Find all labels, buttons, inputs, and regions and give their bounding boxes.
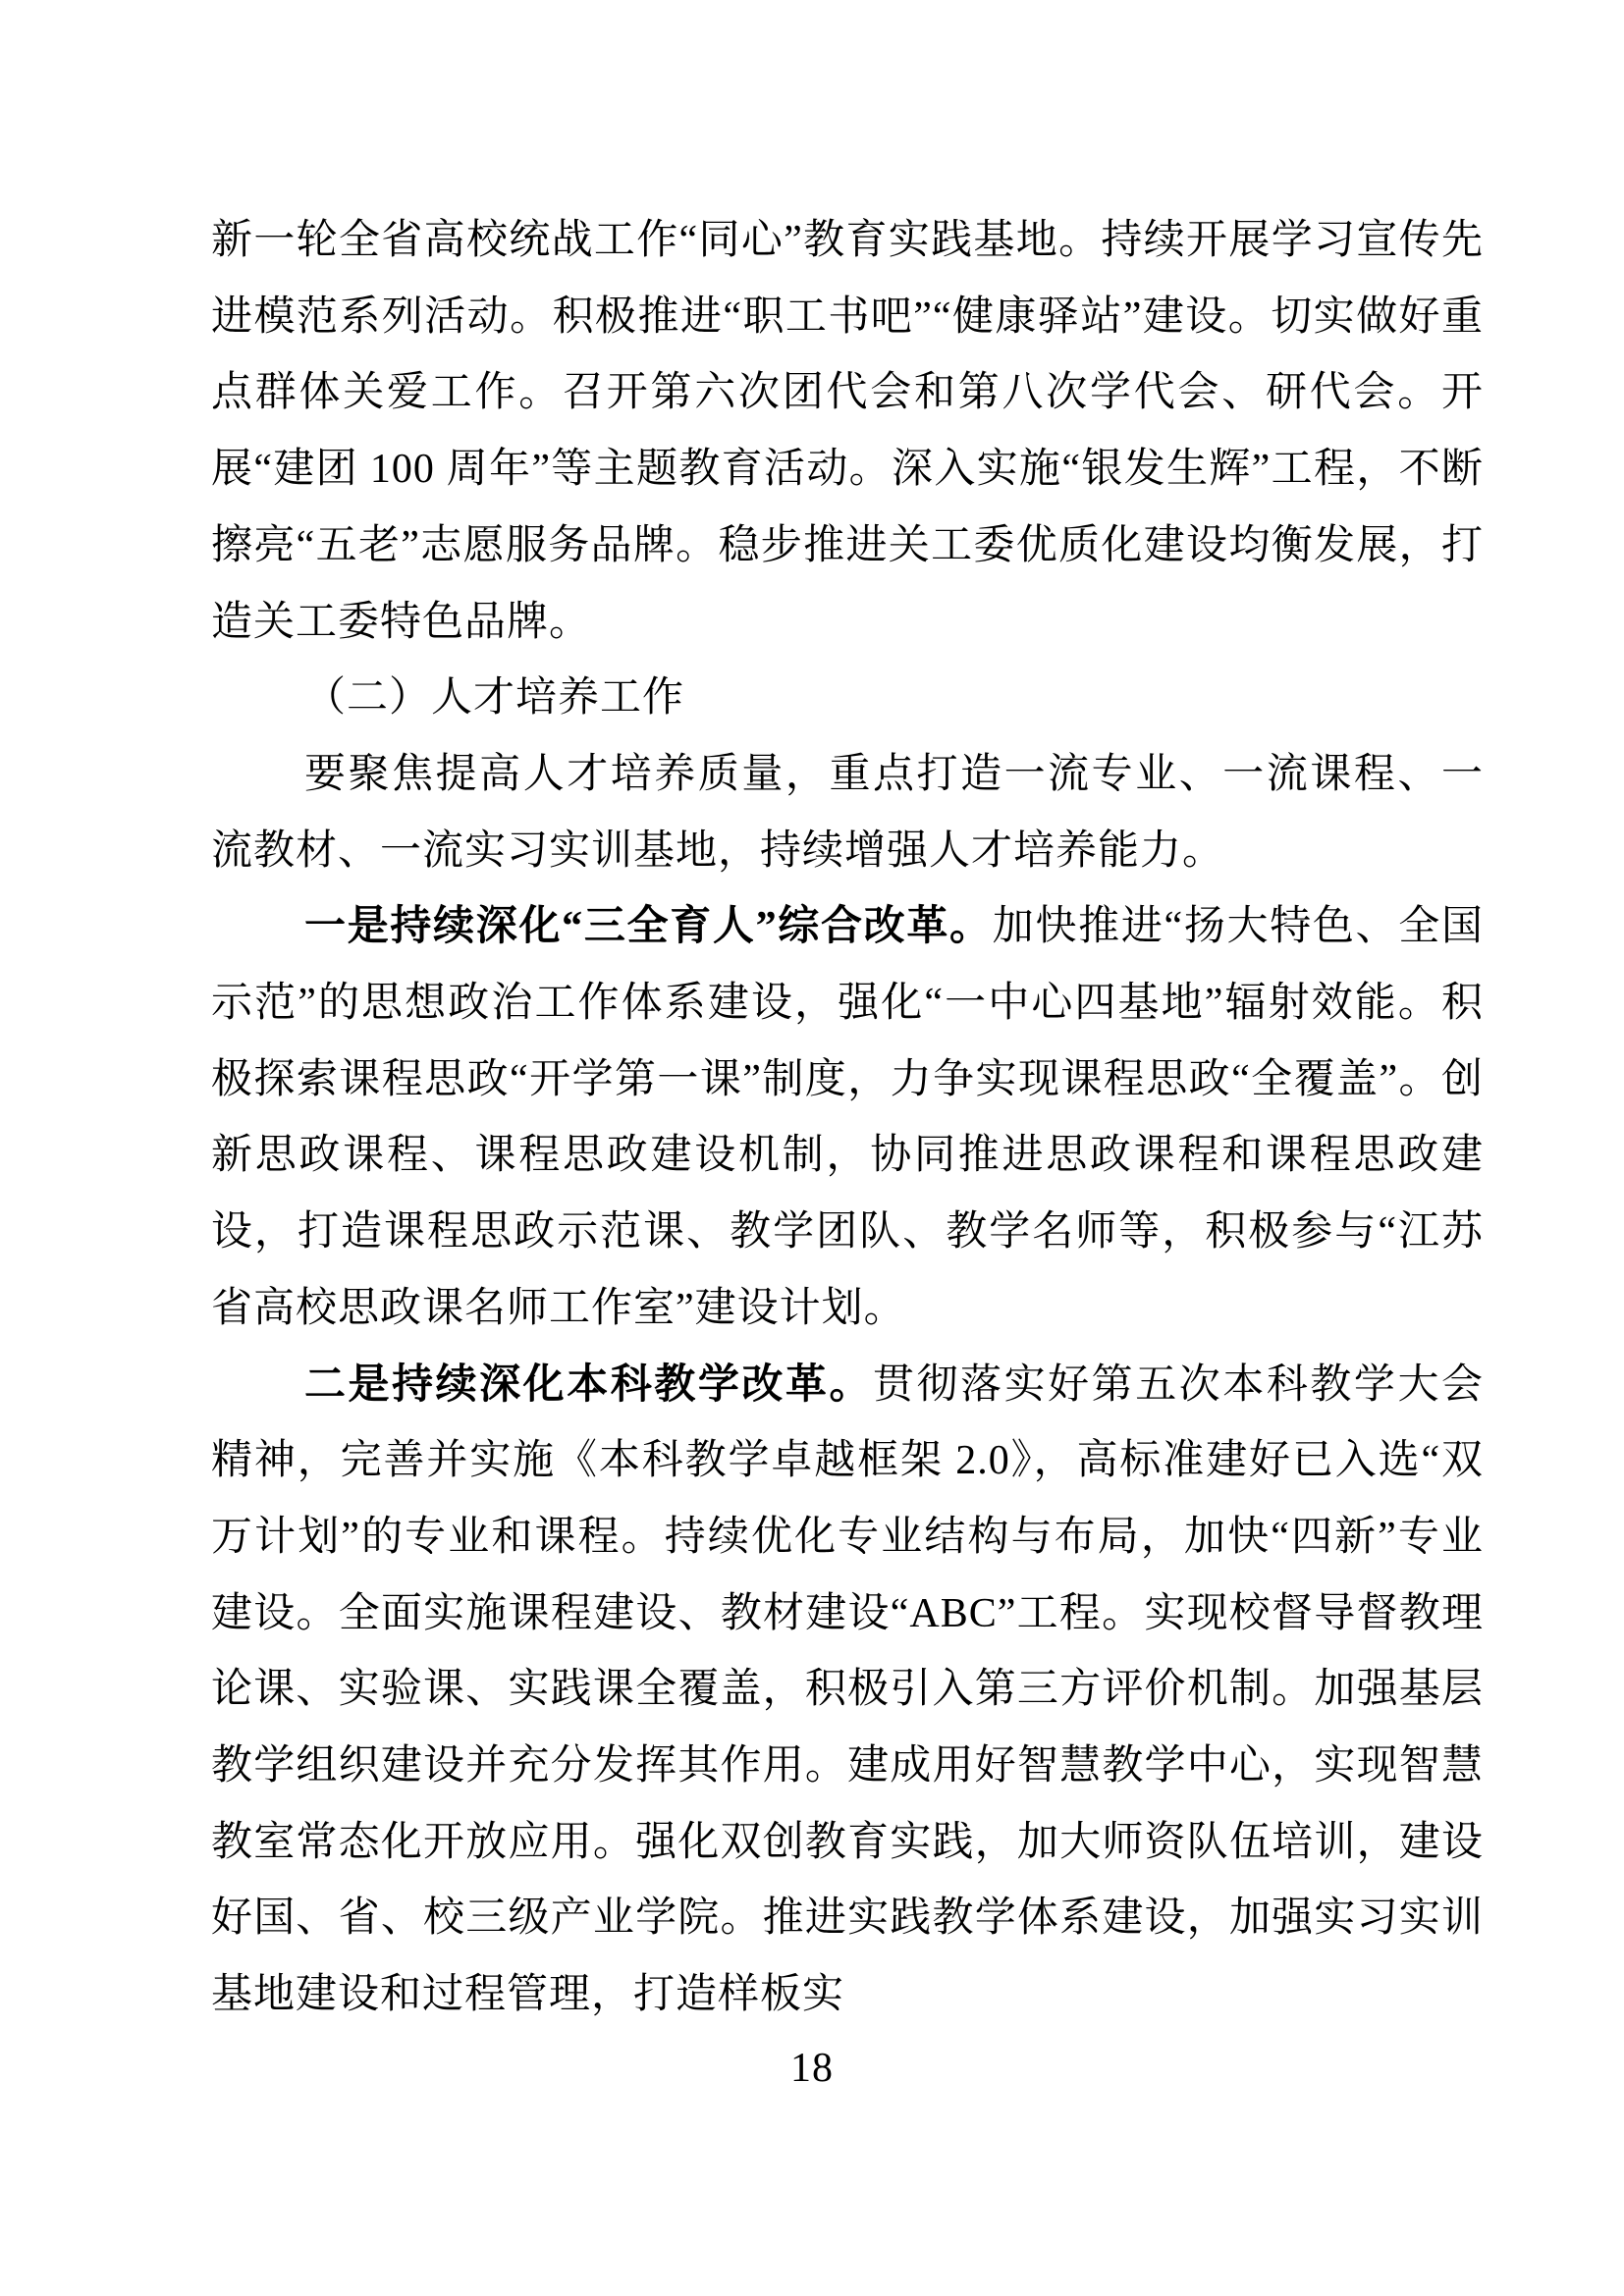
paragraph-continuation: 新一轮全省高校统战工作“同心”教育实践基地。持续开展学习宣传先进模范系列活动。积… [211,203,1484,661]
paragraph: 一是持续深化“三全育人”综合改革。加快推进“扬大特色、全国示范”的思想政治工作体… [211,889,1484,1347]
document-body: 新一轮全省高校统战工作“同心”教育实践基地。持续开展学习宣传先进模范系列活动。积… [211,203,1484,2034]
paragraph-text: 贯彻落实好第五次本科教学大会精神，完善并实施《本科教学卓越框架 2.0》，高标准… [211,1362,1484,2018]
paragraph-text: 新一轮全省高校统战工作“同心”教育实践基地。持续开展学习宣传先进模范系列活动。积… [211,218,1484,645]
paragraph-text: 要聚焦提高人才培养质量，重点打造一流专业、一流课程、一流教材、一流实习实训基地，… [211,752,1484,874]
paragraph-text: 加快推进“扬大特色、全国示范”的思想政治工作体系建设，强化“一中心四基地”辐射效… [211,904,1484,1331]
paragraph: 要聚焦提高人才培养质量，重点打造一流专业、一流课程、一流教材、一流实习实训基地，… [211,737,1484,889]
document-page: 新一轮全省高校统战工作“同心”教育实践基地。持续开展学习宣传先进模范系列活动。积… [0,0,1624,2296]
section-heading-text: （二）人才培养工作 [304,675,684,721]
paragraph-lead-bold: 一是持续深化“三全育人”综合改革。 [304,904,993,949]
paragraph-lead-bold: 二是持续深化本科教学改革。 [304,1362,873,1408]
page-number: 18 [0,2045,1624,2092]
section-heading: （二）人才培养工作 [211,661,1484,737]
paragraph: 二是持续深化本科教学改革。贯彻落实好第五次本科教学大会精神，完善并实施《本科教学… [211,1348,1484,2034]
